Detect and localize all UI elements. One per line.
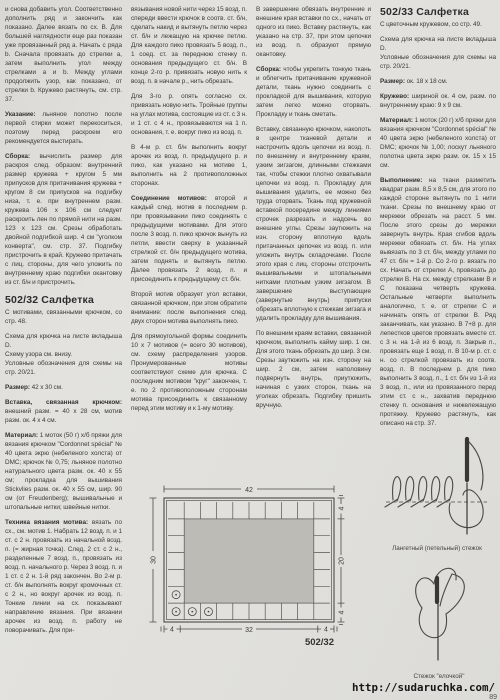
- paragraph-execution: Выполнение: на ткани разметить квадрат р…: [380, 176, 496, 428]
- stitch-loop: [432, 477, 440, 501]
- paragraph-material: Материал: 1 моток (50 г) х/б пряжи для в…: [5, 431, 122, 512]
- paragraph: Для прямоугольной формы соединить 10 x 7…: [131, 332, 247, 413]
- dim-bottom-left-label: 4: [170, 627, 174, 634]
- dim-right-top-label: 4: [339, 506, 346, 510]
- paragraph: Вставку, связанную крючком, наколоть в ц…: [256, 125, 371, 323]
- article-subtitle-502-32: С мотивами, связанными крючком, со стр. …: [5, 308, 122, 326]
- paragraph-size: Размер: 42 x 30 см.: [5, 383, 122, 392]
- watermark-url: http://sudaruchka.com/: [352, 681, 495, 694]
- stitch-loop: [445, 477, 453, 501]
- paragraph: По внешним краям вставки, связанной крюч…: [256, 329, 371, 410]
- dim-bottom-mid-label: 32: [245, 627, 253, 634]
- stitch-base-weave: [385, 499, 450, 507]
- herringbone-stitch-caption: Стежок "елочкой": [384, 673, 494, 681]
- motif-circle-dot: [191, 611, 193, 613]
- paragraph: вязывания новой нити через 15 возд. п. с…: [131, 5, 247, 86]
- blanket-stitch-caption: Лангетный (петельный) стежок: [376, 545, 498, 553]
- paragraph: В 4-м р. ст. б/н выполнить вокруг арочек…: [131, 143, 247, 188]
- dim-bottom-right-label: 4: [324, 627, 328, 634]
- motif-circle-dot: [175, 594, 177, 596]
- paragraph-joining: Соединение мотивов: второй и каждый след…: [131, 194, 247, 284]
- article-title-502-32: 502/32 Салфетка: [5, 294, 122, 306]
- article-subtitle-502-33: С цветочным кружевом, со стр. 49.: [380, 20, 496, 29]
- dim-left-label: 30: [151, 556, 158, 564]
- stitch-loop: [406, 477, 414, 501]
- stitch-loop: [419, 608, 446, 638]
- stitch-loop: [416, 578, 434, 608]
- paragraph: В завершение обвязать внутренние и внешн…: [256, 5, 371, 59]
- paragraph: Второй мотив образует угол вставки, связ…: [131, 290, 247, 326]
- thread-loop: [449, 490, 483, 528]
- dim-top-label: 42: [245, 487, 253, 494]
- dim-right-mid-label: 20: [339, 557, 346, 565]
- paragraph-assembly: Сборка: чтобы укрепить тонкую ткань и об…: [256, 65, 371, 119]
- scheme-note: Схему узора см. внизу.: [5, 350, 122, 359]
- paragraph: Сборка: вычислить размер для раскроя сле…: [5, 152, 122, 287]
- scheme-note: Условные обозначения для схемы на стр. 2…: [380, 53, 496, 71]
- scheme-note: Условные обозначения для схемы на стр. 2…: [5, 359, 122, 377]
- stitch-loop: [440, 574, 452, 606]
- herringbone-stitch-illustration: [394, 556, 486, 668]
- motif-circle-dot: [175, 611, 177, 613]
- stitch-loop: [419, 477, 427, 501]
- paragraph-insert: Вставка, связанная крючком: внешний разм…: [5, 398, 122, 425]
- motif-circle-dot: [208, 611, 210, 613]
- column-3: В завершение обвязать внутренние и внешн…: [256, 5, 371, 416]
- diagram-label: 502/32: [305, 637, 334, 648]
- schematic-502-32: 42 30 4 20 4 4 32 4 502/32: [145, 481, 367, 659]
- column-1: и снова добавить угол. Соответственно до…: [5, 5, 122, 641]
- scheme-note: Схема для крючка на листе вкладыша D.: [5, 332, 122, 350]
- paragraph-size: Размер: ок. 18 x 18 см.: [380, 77, 496, 86]
- dim-right-bottom-label: 4: [339, 610, 346, 614]
- paragraph: Указание: льняное полотно после первой с…: [5, 110, 122, 146]
- paragraph-technique: Техника вязания мотива: вязать по сх., с…: [5, 518, 122, 635]
- paragraph-lace: Кружево: шириной ок. 4 см, разм. по внут…: [380, 92, 496, 110]
- article-title-502-33: 502/33 Салфетка: [380, 6, 496, 18]
- thread-from-needle: [469, 442, 483, 490]
- paragraph: Для 3-го р. опять согласно сх. привязать…: [131, 92, 247, 137]
- page-number: 89: [489, 694, 497, 700]
- paragraph: и снова добавить угол. Соответственно до…: [5, 5, 122, 104]
- stitch-loop: [393, 477, 401, 501]
- paragraph-material: Материал: 1 моток (20 г) х/б пряжи для в…: [380, 116, 496, 170]
- magazine-page: и снова добавить угол. Соответственно до…: [0, 0, 500, 700]
- fabric-area: [184, 519, 314, 603]
- blanket-stitch-illustration: [381, 430, 497, 542]
- scheme-note: Схема для крючка на листе вкладыша D.: [380, 35, 496, 53]
- column-4: 502/33 Салфетка С цветочным кружевом, со…: [380, 5, 496, 434]
- column-2: вязывания новой нити через 15 возд. п. с…: [131, 5, 247, 419]
